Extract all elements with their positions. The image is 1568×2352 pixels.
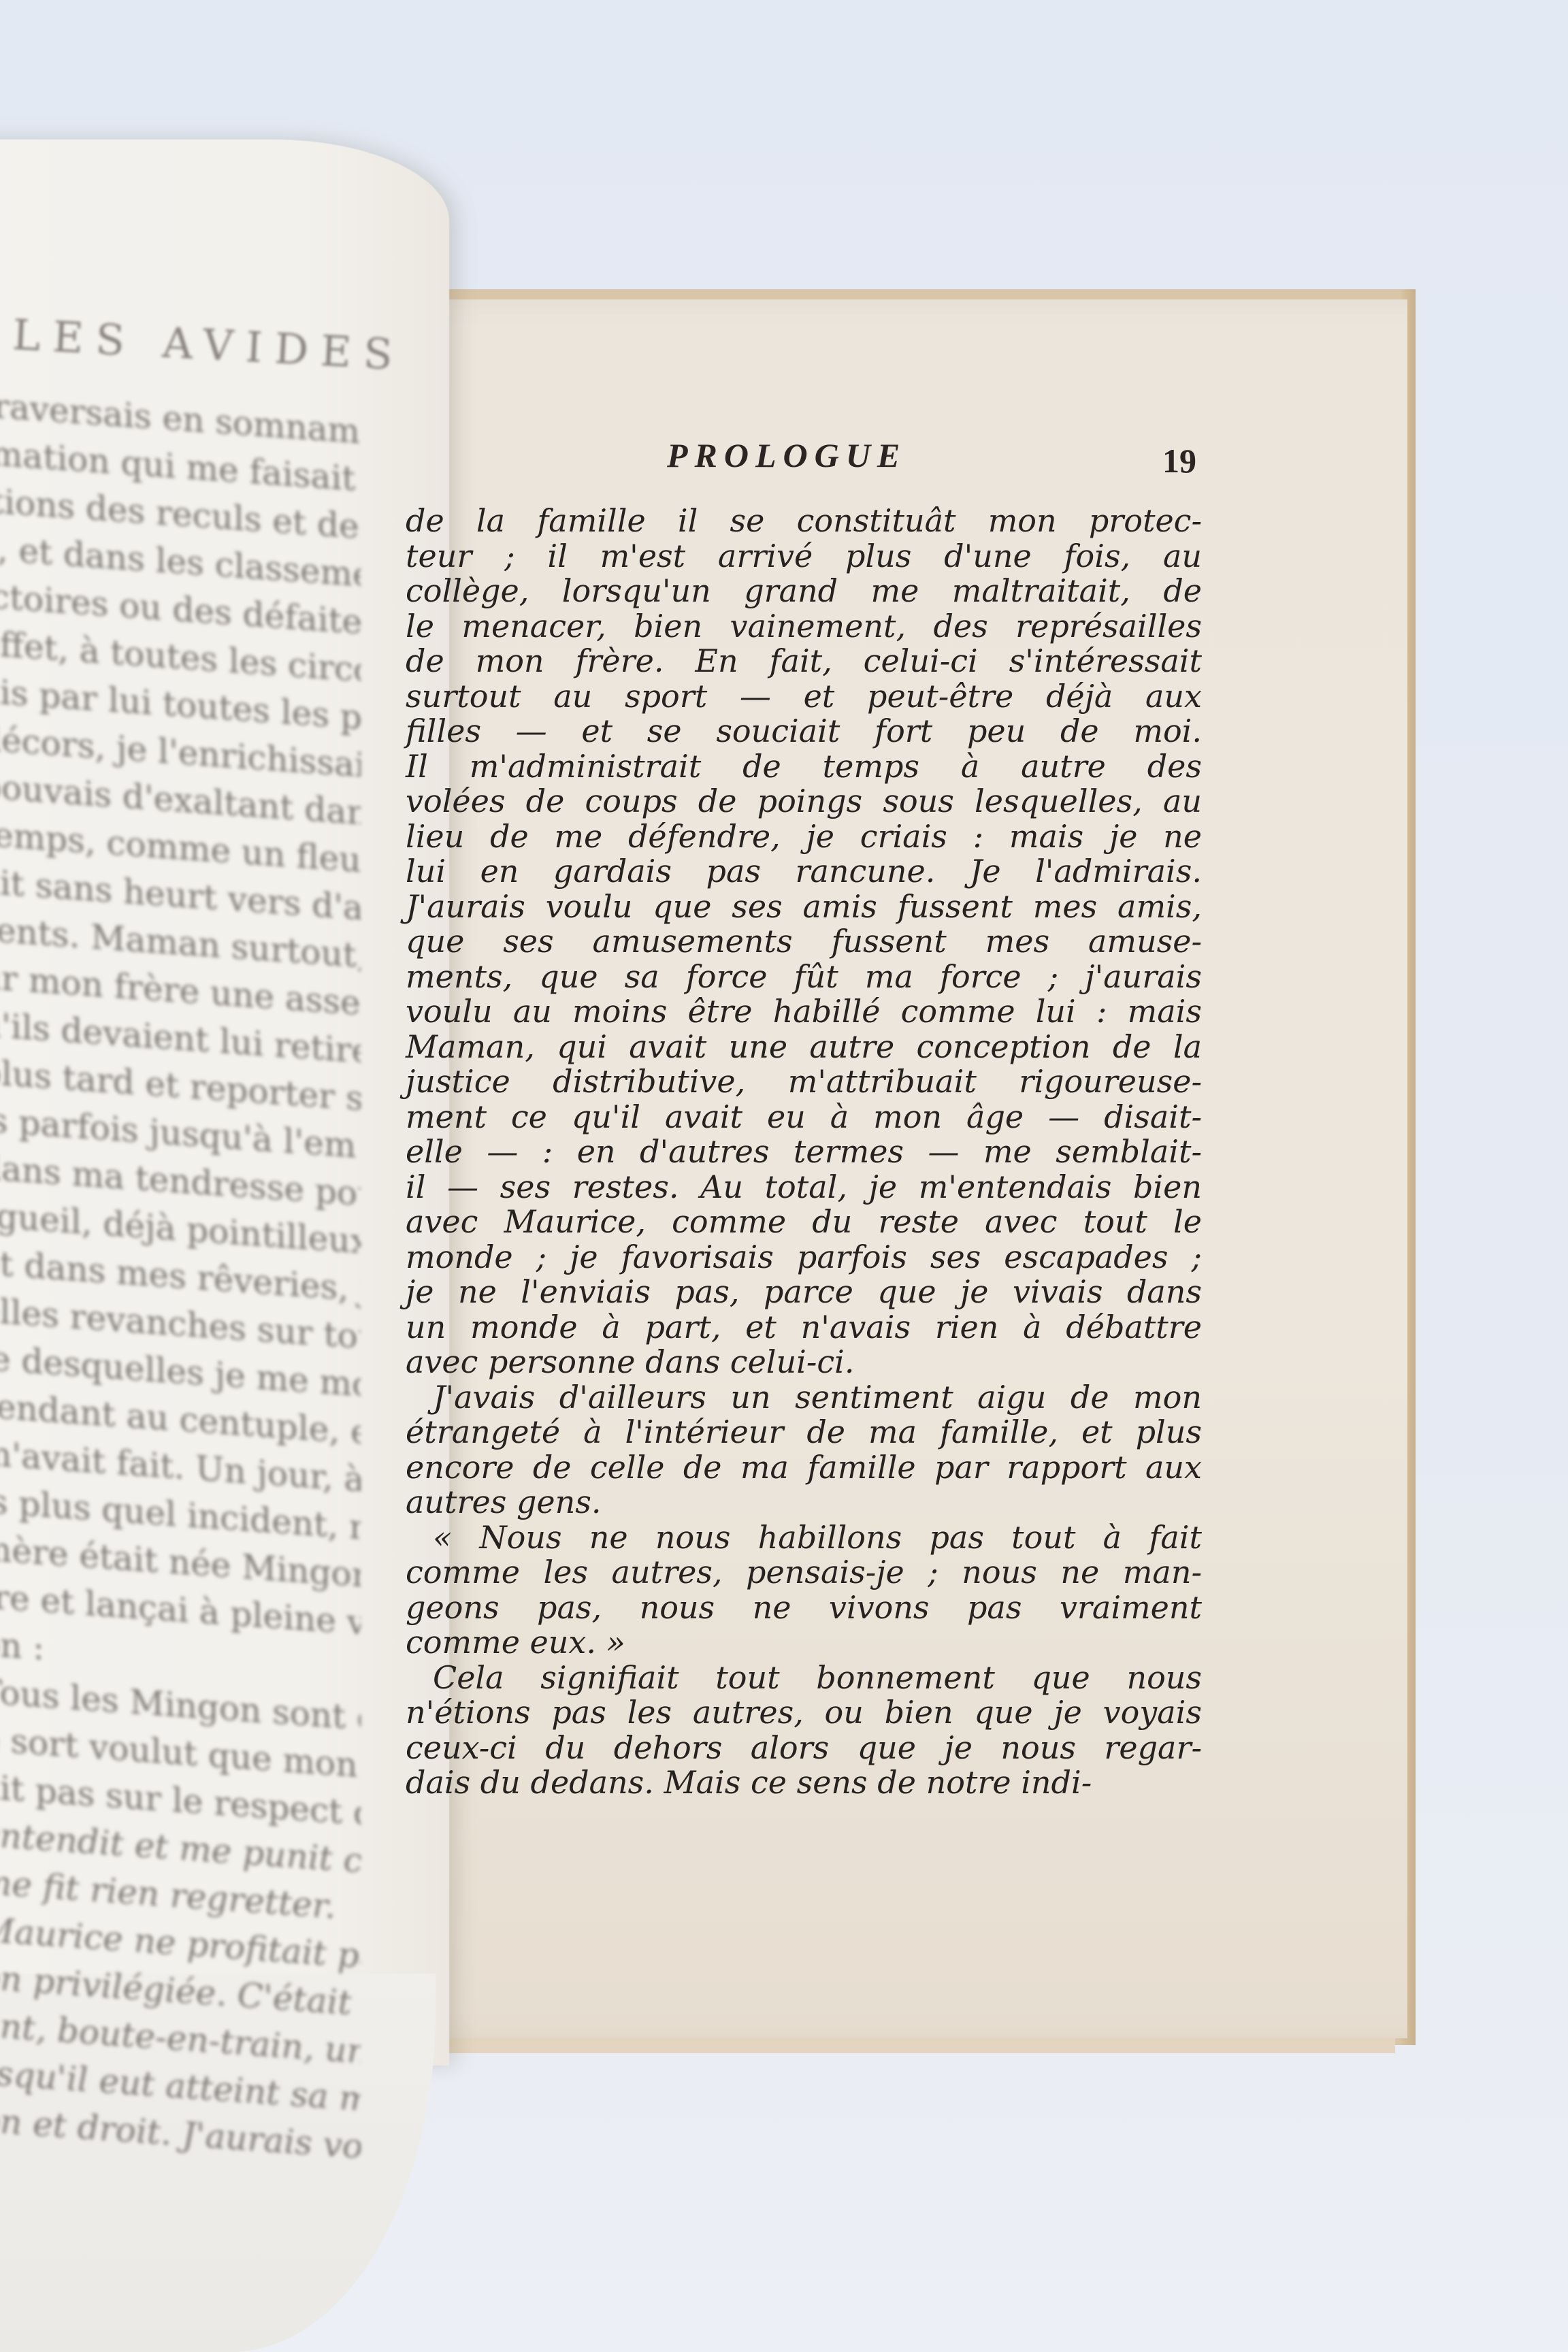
text-line: encore de celle de ma famille par rappor… (406, 1450, 1202, 1486)
text-line: ment ce qu'il avait eu à mon âge — disai… (406, 1100, 1202, 1135)
text-line: de la famille il se constituât mon prote… (406, 504, 1202, 539)
text-line: le menacer, bien vainement, des représai… (406, 609, 1202, 644)
page-number: 19 (1162, 441, 1196, 480)
text-line: autres gens. (406, 1485, 1202, 1520)
paragraph: Cela signifiait tout bonnement que nousn… (406, 1661, 1202, 1801)
text-line: volées de coups de poings sous lesquelle… (406, 784, 1202, 819)
text-line: teur ; il m'est arrivé plus d'une fois, … (406, 539, 1202, 574)
text-line: lieu de me défendre, je criais : mais je… (406, 819, 1202, 855)
text-line: avec personne dans celui-ci. (406, 1345, 1202, 1380)
photo-scene: LES AVIDES traversais en somnambule paim… (0, 0, 1568, 2352)
text-line: justice distributive, m'attribuait rigou… (406, 1064, 1202, 1100)
right-page-body: de la famille il se constituât mon prote… (406, 504, 1202, 1801)
text-line: surtout au sport — et peut-être déjà aux (406, 679, 1202, 715)
right-running-head: PROLOGUE (667, 436, 906, 475)
right-page-bottom-edge (436, 2038, 1395, 2053)
text-line: Cela signifiait tout bonnement que nous (406, 1661, 1202, 1696)
text-line: comme les autres, pensais-je ; nous ne m… (406, 1555, 1202, 1590)
text-line: que ses amusements fussent mes amuse- (406, 924, 1202, 960)
text-line: J'aurais voulu que ses amis fussent mes … (406, 889, 1202, 925)
text-line: elle — : en d'autres termes — me semblai… (406, 1134, 1202, 1170)
text-line: de mon frère. En fait, celui-ci s'intére… (406, 644, 1202, 679)
text-line: un monde à part, et n'avais rien à débat… (406, 1310, 1202, 1345)
paragraph: « Nous ne nous habillons pas tout à fait… (406, 1520, 1202, 1661)
text-line: ments, que sa force fût ma force ; j'aur… (406, 960, 1202, 995)
text-line: J'avais d'ailleurs un sentiment aigu de … (406, 1380, 1202, 1416)
text-line: avec Maurice, comme du reste avec tout l… (406, 1205, 1202, 1240)
text-line: collège, lorsqu'un grand me maltraitait,… (406, 574, 1202, 609)
text-line: filles — et se souciait fort peu de moi. (406, 714, 1202, 749)
text-line: lui en gardais pas rancune. Je l'admirai… (406, 854, 1202, 889)
text-line: je ne l'enviais pas, parce que je vivais… (406, 1275, 1202, 1310)
left-page-text: traversais en somnambule paimation qui m… (0, 381, 361, 2170)
text-line: comme eux. » (406, 1625, 1202, 1661)
text-line: « Nous ne nous habillons pas tout à fait (406, 1520, 1202, 1556)
text-line: dais du dedans. Mais ce sens de notre in… (406, 1765, 1202, 1801)
text-line: Maman, qui avait une autre conception de… (406, 1030, 1202, 1065)
text-line: voulu au moins être habillé comme lui : … (406, 994, 1202, 1030)
text-line: il — ses restes. Au total, je m'entendai… (406, 1170, 1202, 1205)
text-line: Il m'administrait de temps à autre des (406, 749, 1202, 785)
text-line: geons pas, nous ne vivons pas vraiment (406, 1590, 1202, 1626)
text-line: n'étions pas les autres, ou bien que je … (406, 1695, 1202, 1731)
paragraph: J'avais d'ailleurs un sentiment aigu de … (406, 1380, 1202, 1520)
text-line: étrangeté à l'intérieur de ma famille, e… (406, 1415, 1202, 1450)
text-line: ceux-ci du dehors alors que je nous rega… (406, 1731, 1202, 1766)
text-line: monde ; je favorisais parfois ses escapa… (406, 1240, 1202, 1275)
paragraph: de la famille il se constituât mon prote… (406, 504, 1202, 1380)
